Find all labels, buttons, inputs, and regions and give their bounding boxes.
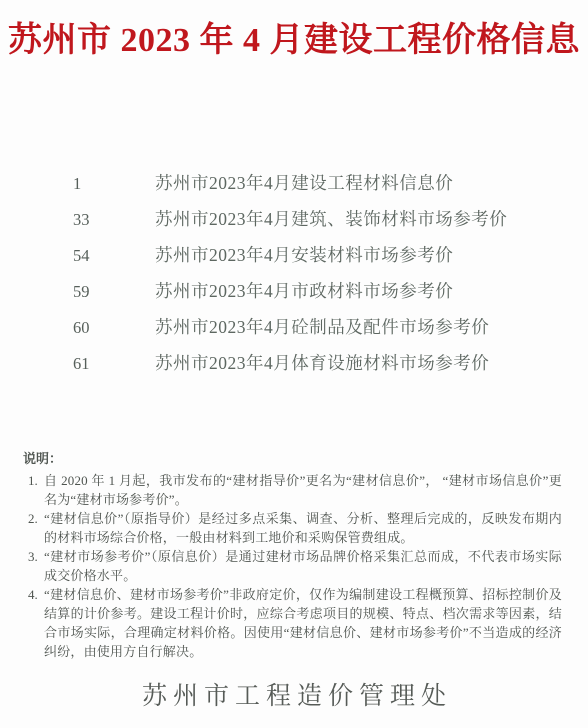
note-text: “建材信息价、建材市场参考价”非政府定价，仅作为编制建设工程概预算、招标控制价及…	[44, 585, 562, 661]
toc-row: 59 苏州市2023年4月市政材料市场参考价	[73, 273, 568, 309]
notes-section: 说明： 1. 自 2020 年 1 月起，我市发布的“建材指导价”更名为“建材信…	[22, 449, 562, 661]
table-of-contents: 1 苏州市2023年4月建设工程材料信息价 33 苏州市2023年4月建筑、装饰…	[73, 165, 568, 381]
toc-page-number: 60	[73, 310, 155, 346]
notes-heading: 说明：	[23, 449, 562, 468]
toc-page-number: 1	[73, 166, 155, 202]
toc-page-number: 59	[73, 274, 155, 310]
toc-row: 61 苏州市2023年4月体育设施材料市场参考价	[73, 345, 568, 381]
toc-page-number: 33	[73, 202, 155, 238]
note-number: 1.	[28, 471, 44, 490]
note-text: 自 2020 年 1 月起，我市发布的“建材指导价”更名为“建材信息价”， “建…	[44, 471, 562, 509]
note-item: 1. 自 2020 年 1 月起，我市发布的“建材指导价”更名为“建材信息价”，…	[22, 471, 562, 509]
toc-row: 33 苏州市2023年4月建筑、装饰材料市场参考价	[73, 201, 568, 237]
page-title: 苏州市 2023 年 4 月建设工程价格信息	[0, 12, 588, 61]
notes-list: 1. 自 2020 年 1 月起，我市发布的“建材指导价”更名为“建材信息价”，…	[22, 471, 562, 661]
toc-entry-label: 苏州市2023年4月砼制品及配件市场参考价	[155, 309, 568, 345]
toc-row: 60 苏州市2023年4月砼制品及配件市场参考价	[73, 309, 568, 345]
note-number: 4.	[28, 585, 44, 604]
toc-entry-label: 苏州市2023年4月体育设施材料市场参考价	[155, 345, 568, 381]
toc-row: 54 苏州市2023年4月安装材料市场参考价	[73, 237, 568, 273]
note-item: 3. “建材市场参考价”（原信息价）是通过建材市场品牌价格采集汇总而成，不代表市…	[22, 547, 562, 585]
note-text: “建材信息价”（原指导价）是经过多点采集、调查、分析、整理后完成的，反映发布期内…	[44, 509, 562, 547]
toc-page-number: 61	[73, 346, 155, 382]
toc-entry-label: 苏州市2023年4月建筑、装饰材料市场参考价	[155, 201, 568, 237]
note-text: “建材市场参考价”（原信息价）是通过建材市场品牌价格采集汇总而成，不代表市场实际…	[44, 547, 562, 585]
note-item: 2. “建材信息价”（原指导价）是经过多点采集、调查、分析、整理后完成的，反映发…	[22, 509, 562, 547]
note-number: 2.	[28, 509, 44, 528]
toc-entry-label: 苏州市2023年4月市政材料市场参考价	[155, 273, 568, 309]
toc-page-number: 54	[73, 238, 155, 274]
note-item: 4. “建材信息价、建材市场参考价”非政府定价，仅作为编制建设工程概预算、招标控…	[22, 585, 562, 661]
toc-entry-label: 苏州市2023年4月建设工程材料信息价	[155, 165, 568, 201]
note-number: 3.	[28, 547, 44, 566]
footer-organization: 苏州市工程造价管理处	[0, 676, 588, 712]
toc-entry-label: 苏州市2023年4月安装材料市场参考价	[155, 237, 568, 273]
toc-row: 1 苏州市2023年4月建设工程材料信息价	[73, 165, 568, 201]
